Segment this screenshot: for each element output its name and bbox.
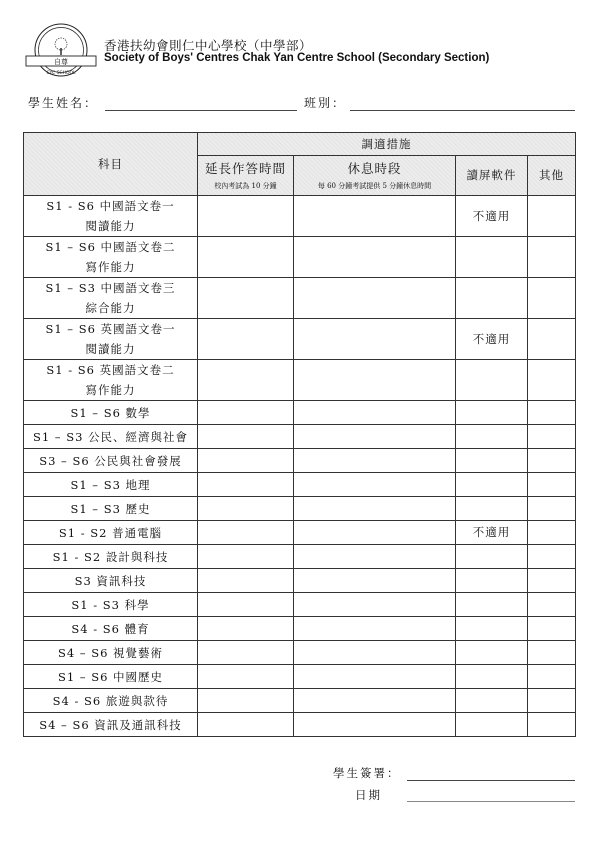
subject-name: S3 – S6 公民與社會發展 — [24, 451, 197, 471]
subject-name: S1 - S2 設計與科技 — [24, 547, 197, 567]
subject-cell: S4 – S6 資訊及通訊科技 — [24, 713, 198, 737]
subject-name: S1 - S3 科學 — [24, 595, 197, 615]
extended-time-cell[interactable] — [198, 569, 294, 593]
subject-cell: S1 - S6 中國語文卷一閱讀能力 — [24, 196, 198, 237]
extended-time-cell[interactable] — [198, 689, 294, 713]
other-cell[interactable] — [528, 545, 576, 569]
table-row: S1 - S2 普通電腦不適用 — [24, 521, 576, 545]
rest-break-cell[interactable] — [294, 497, 456, 521]
rest-break-cell[interactable] — [294, 278, 456, 319]
other-cell[interactable] — [528, 425, 576, 449]
svg-text:自尊: 自尊 — [54, 57, 68, 66]
subject-cell: S1 – S6 中國語文卷二寫作能力 — [24, 237, 198, 278]
screen-reader-cell[interactable] — [456, 237, 528, 278]
extended-time-cell[interactable] — [198, 617, 294, 641]
other-cell[interactable] — [528, 617, 576, 641]
rest-break-cell[interactable] — [294, 665, 456, 689]
extended-time-cell[interactable] — [198, 319, 294, 360]
subject-paper: 閱讀能力 — [24, 339, 197, 359]
subject-name: S4 - S6 體育 — [24, 619, 197, 639]
subject-name: S1 – S6 中國歷史 — [24, 667, 197, 687]
extended-time-title: 延長作答時間 — [198, 159, 293, 179]
table-row: S1 – S6 英國語文卷一閱讀能力不適用 — [24, 319, 576, 360]
class-field[interactable] — [350, 110, 575, 111]
student-name-label: 學生姓名： — [28, 94, 98, 111]
extended-time-cell[interactable] — [198, 401, 294, 425]
subject-name: S1 – S6 數學 — [24, 403, 197, 423]
student-signature-field[interactable] — [407, 780, 575, 781]
extended-time-cell[interactable] — [198, 196, 294, 237]
table-row: S4 – S6 資訊及通訊科技 — [24, 713, 576, 737]
school-name-english: Society of Boys' Centres Chak Yan Centre… — [104, 52, 489, 64]
rest-break-cell[interactable] — [294, 521, 456, 545]
extended-time-cell[interactable] — [198, 665, 294, 689]
extended-time-cell[interactable] — [198, 521, 294, 545]
subject-cell: S1 – S3 歷史 — [24, 497, 198, 521]
other-cell[interactable] — [528, 196, 576, 237]
screen-reader-cell[interactable] — [456, 665, 528, 689]
screen-reader-cell[interactable] — [456, 360, 528, 401]
accommodation-table: 科目 調適措施 延長作答時間 校內考試為 10 分鐘 休息時段 每 60 分鐘考… — [23, 132, 576, 737]
table-row: S1 - S6 英國語文卷二寫作能力 — [24, 360, 576, 401]
other-cell[interactable] — [528, 360, 576, 401]
table-row: S4 - S6 體育 — [24, 617, 576, 641]
subject-name: S1 - S2 普通電腦 — [24, 523, 197, 543]
table-row: S1 – S3 地理 — [24, 473, 576, 497]
screen-reader-cell[interactable]: 不適用 — [456, 521, 528, 545]
other-cell[interactable] — [528, 689, 576, 713]
subject-cell: S4 - S6 體育 — [24, 617, 198, 641]
other-cell[interactable] — [528, 319, 576, 360]
extended-time-note: 校內考試為 10 分鐘 — [198, 179, 293, 193]
other-cell[interactable] — [528, 278, 576, 319]
extended-time-cell[interactable] — [198, 278, 294, 319]
class-label: 班別： — [304, 94, 346, 111]
extended-time-cell[interactable] — [198, 593, 294, 617]
screen-reader-cell[interactable] — [456, 569, 528, 593]
table-row: S4 – S6 視覺藝術 — [24, 641, 576, 665]
rest-break-cell[interactable] — [294, 617, 456, 641]
other-cell[interactable] — [528, 593, 576, 617]
rest-break-cell[interactable] — [294, 196, 456, 237]
date-field[interactable] — [407, 801, 575, 802]
subject-name: S1 - S6 中國語文卷一 — [24, 196, 197, 216]
rest-break-cell[interactable] — [294, 473, 456, 497]
extended-time-cell[interactable] — [198, 641, 294, 665]
extended-time-cell[interactable] — [198, 425, 294, 449]
extended-time-cell[interactable] — [198, 545, 294, 569]
subject-paper: 寫作能力 — [24, 380, 197, 400]
extended-time-cell[interactable] — [198, 473, 294, 497]
subject-cell: S1 - S3 科學 — [24, 593, 198, 617]
subject-name: S1 – S3 公民、經濟與社會 — [24, 427, 197, 447]
table-row: S1 – S6 數學 — [24, 401, 576, 425]
other-cell[interactable] — [528, 713, 576, 737]
student-name-field[interactable] — [105, 110, 297, 111]
subject-name: S1 - S6 英國語文卷二 — [24, 360, 197, 380]
date-label: 日期 — [355, 787, 382, 803]
rest-break-title: 休息時段 — [294, 159, 455, 179]
table-row: S1 – S6 中國語文卷二寫作能力 — [24, 237, 576, 278]
rest-break-cell[interactable] — [294, 319, 456, 360]
subject-name: S4 - S6 旅遊與款待 — [24, 691, 197, 711]
other-cell[interactable] — [528, 473, 576, 497]
subject-cell: S4 – S6 視覺藝術 — [24, 641, 198, 665]
other-cell[interactable] — [528, 641, 576, 665]
screen-reader-cell[interactable] — [456, 449, 528, 473]
rest-break-cell[interactable] — [294, 401, 456, 425]
rest-break-cell[interactable] — [294, 641, 456, 665]
subject-cell: S4 - S6 旅遊與款待 — [24, 689, 198, 713]
subject-name: S1 – S6 英國語文卷一 — [24, 319, 197, 339]
subject-column-header: 科目 — [24, 133, 198, 196]
other-cell[interactable] — [528, 569, 576, 593]
subject-cell: S1 - S2 設計與科技 — [24, 545, 198, 569]
rest-break-cell[interactable] — [294, 449, 456, 473]
subject-cell: S3 – S6 公民與社會發展 — [24, 449, 198, 473]
table-row: S1 – S3 公民、經濟與社會 — [24, 425, 576, 449]
rest-break-cell[interactable] — [294, 425, 456, 449]
table-row: S1 - S3 科學 — [24, 593, 576, 617]
subject-name: S1 – S3 中國語文卷三 — [24, 278, 197, 298]
extended-time-cell[interactable] — [198, 713, 294, 737]
table-row: S1 - S2 設計與科技 — [24, 545, 576, 569]
rest-break-header: 休息時段 每 60 分鐘考試提供 5 分鐘休息時間 — [294, 156, 456, 196]
subject-cell: S1 – S3 中國語文卷三綜合能力 — [24, 278, 198, 319]
screen-reader-cell[interactable] — [456, 473, 528, 497]
screen-reader-header: 讀屏軟件 — [456, 156, 528, 196]
subject-name: S4 – S6 視覺藝術 — [24, 643, 197, 663]
other-cell[interactable] — [528, 665, 576, 689]
subject-paper: 閱讀能力 — [24, 216, 197, 236]
rest-break-cell[interactable] — [294, 713, 456, 737]
student-signature-label: 學生簽署： — [333, 765, 401, 781]
subject-cell: S1 – S6 中國歷史 — [24, 665, 198, 689]
subject-cell: S1 - S6 英國語文卷二寫作能力 — [24, 360, 198, 401]
screen-reader-cell[interactable]: 不適用 — [456, 319, 528, 360]
rest-break-cell[interactable] — [294, 569, 456, 593]
subject-cell: S1 – S3 地理 — [24, 473, 198, 497]
other-cell[interactable] — [528, 521, 576, 545]
screen-reader-cell[interactable] — [456, 713, 528, 737]
rest-break-cell[interactable] — [294, 237, 456, 278]
subject-cell: S1 – S3 公民、經濟與社會 — [24, 425, 198, 449]
subject-cell: S3 資訊科技 — [24, 569, 198, 593]
screen-reader-cell[interactable] — [456, 641, 528, 665]
school-logo: 自尊 CYC SCHOOL — [23, 22, 99, 80]
subject-name: S4 – S6 資訊及通訊科技 — [24, 715, 197, 735]
svg-text:CYC SCHOOL: CYC SCHOOL — [46, 70, 76, 76]
extended-time-header: 延長作答時間 校內考試為 10 分鐘 — [198, 156, 294, 196]
extended-time-cell[interactable] — [198, 449, 294, 473]
screen-reader-cell[interactable] — [456, 593, 528, 617]
screen-reader-cell[interactable]: 不適用 — [456, 196, 528, 237]
subject-paper: 寫作能力 — [24, 257, 197, 277]
rest-break-cell[interactable] — [294, 593, 456, 617]
screen-reader-cell[interactable] — [456, 689, 528, 713]
extended-time-cell[interactable] — [198, 237, 294, 278]
subject-name: S3 資訊科技 — [24, 571, 197, 591]
table-row: S3 資訊科技 — [24, 569, 576, 593]
table-row: S1 – S3 歷史 — [24, 497, 576, 521]
table-row: S4 - S6 旅遊與款待 — [24, 689, 576, 713]
screen-reader-cell[interactable] — [456, 617, 528, 641]
screen-reader-cell[interactable] — [456, 497, 528, 521]
screen-reader-cell[interactable] — [456, 401, 528, 425]
table-row: S1 – S3 中國語文卷三綜合能力 — [24, 278, 576, 319]
other-cell[interactable] — [528, 401, 576, 425]
subject-cell: S1 – S6 數學 — [24, 401, 198, 425]
table-row: S3 – S6 公民與社會發展 — [24, 449, 576, 473]
rest-break-note: 每 60 分鐘考試提供 5 分鐘休息時間 — [294, 179, 455, 193]
other-cell[interactable] — [528, 237, 576, 278]
subject-name: S1 – S3 歷史 — [24, 499, 197, 519]
other-cell[interactable] — [528, 449, 576, 473]
subject-name: S1 – S6 中國語文卷二 — [24, 237, 197, 257]
rest-break-cell[interactable] — [294, 360, 456, 401]
table-row: S1 - S6 中國語文卷一閱讀能力不適用 — [24, 196, 576, 237]
screen-reader-cell[interactable] — [456, 425, 528, 449]
subject-cell: S1 - S2 普通電腦 — [24, 521, 198, 545]
subject-name: S1 – S3 地理 — [24, 475, 197, 495]
subject-cell: S1 – S6 英國語文卷一閱讀能力 — [24, 319, 198, 360]
rest-break-cell[interactable] — [294, 545, 456, 569]
subject-paper: 綜合能力 — [24, 298, 197, 318]
screen-reader-cell[interactable] — [456, 278, 528, 319]
extended-time-cell[interactable] — [198, 497, 294, 521]
table-row: S1 – S6 中國歷史 — [24, 665, 576, 689]
screen-reader-cell[interactable] — [456, 545, 528, 569]
rest-break-cell[interactable] — [294, 689, 456, 713]
extended-time-cell[interactable] — [198, 360, 294, 401]
school-emblem-icon: 自尊 CYC SCHOOL — [23, 22, 99, 80]
other-cell[interactable] — [528, 497, 576, 521]
other-header: 其他 — [528, 156, 576, 196]
accommodation-group-header: 調適措施 — [198, 133, 576, 156]
